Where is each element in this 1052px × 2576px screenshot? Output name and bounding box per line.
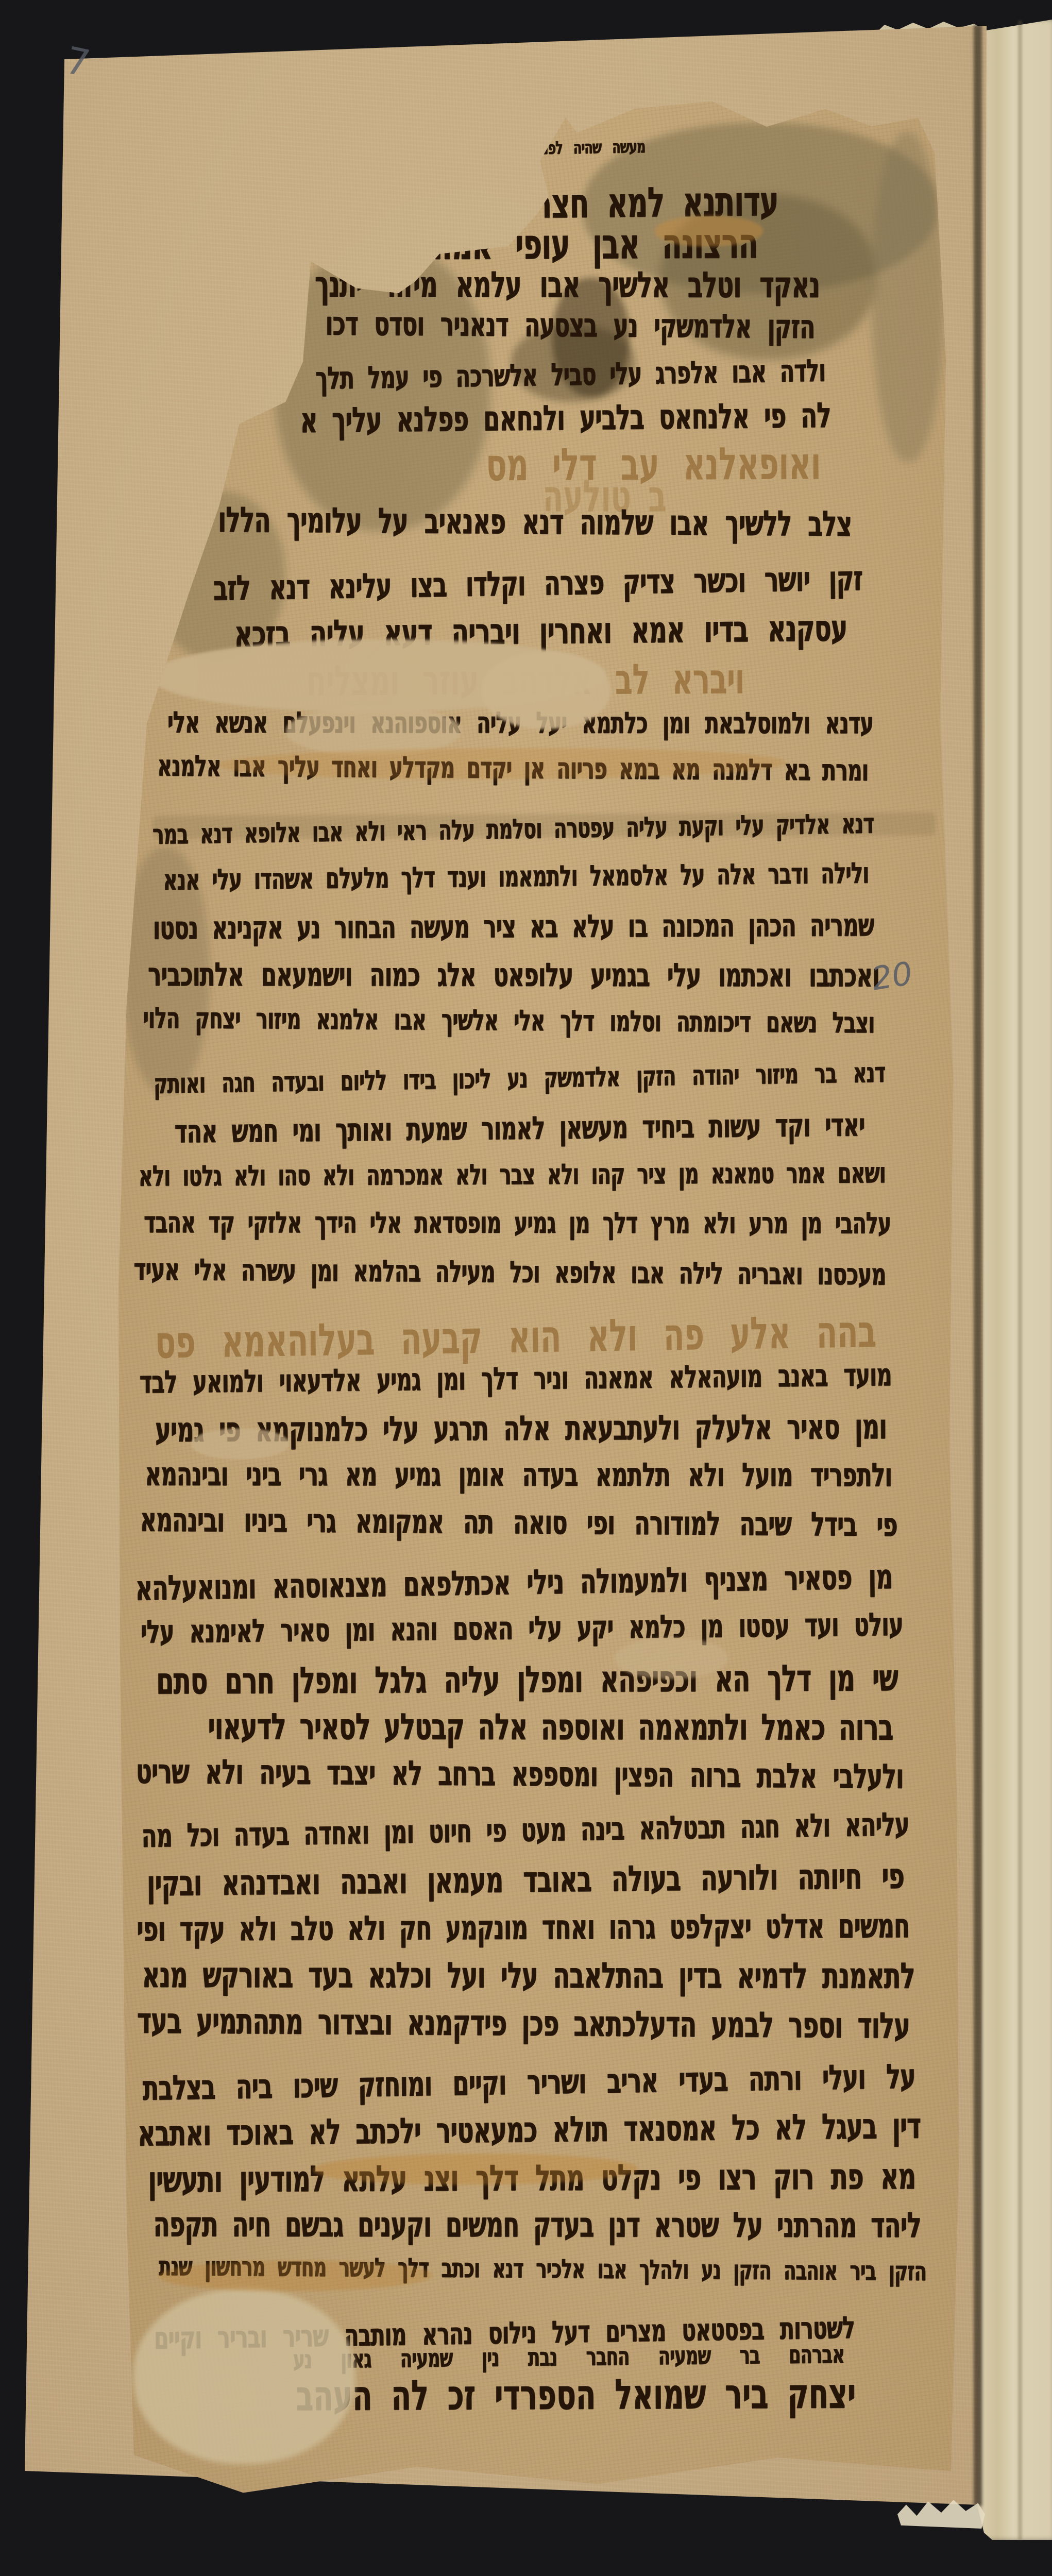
body-line: ולילה ודבר אלה על אלסמאל ולתמאמו וענד דל… — [163, 859, 869, 902]
page-fold-line — [1018, 21, 1022, 2540]
body-line: דנא אלדיק עלי וקעת עליה עפטרה וסלמת עלה … — [152, 809, 874, 855]
body-line: הזקן ביר אוהבה הזקן נע ולהלך אבו אלכיר ד… — [159, 2253, 926, 2292]
photograph: מעשה שהיה לפנינועדותנא למא חצרה בקינורהר… — [0, 0, 1052, 2576]
body-line: מא פת רוק רצו פי נקלט מתל דלך וצנ עלתא ל… — [148, 2158, 915, 2207]
body-line: דין בעגל לא כל אמסנאד תולא כמעאטיר ילכתב… — [138, 2108, 921, 2160]
body-line: ולתפריד מועל ולא תלתמא בעדה אומן גמיע מא… — [145, 1458, 892, 1499]
body-line: עלהבי מן מרע ולא מרץ דלך מן גמיע מופסדאת… — [144, 1208, 891, 1246]
text-block: מעשה שהיה לפנינועדותנא למא חצרה בקינורהר… — [113, 96, 961, 2500]
body-line: לתאמנת לדמיא בדין בהתלאבה עלי ועל וכלגא … — [142, 1957, 915, 2003]
adjacent-page-edge — [977, 20, 1052, 2540]
body-line: עולט ועד עסטו מן כלמא יקע עלי האסם והנא … — [141, 1608, 903, 1656]
signature-line: יצחק ביר שמואל הספרדי זכ לה העהב — [296, 2372, 856, 2427]
body-line: דנא בר מיזור יהודה הזקן אלדמשק נע ליכון … — [154, 1059, 886, 1105]
body-line: זקן יושר וכשר צדיק פצרה וקלדו בצו עלינא … — [213, 560, 863, 613]
body-line: עדנא ולמוסלבאת ומן כלתמא יעל עליה אוספוה… — [167, 707, 873, 745]
page-gutter-shadow — [974, 25, 982, 2506]
body-line: פי בידל שיבה למודורה ופי סואה תה אמקומא … — [140, 1503, 897, 1550]
body-line: הזקן אלדמשקי נע בצסעה דנאניר וסדס דכו — [326, 307, 815, 352]
body-line: מעכסנו ואבריה לילה אבו אלופא וכל מעילה ב… — [134, 1253, 886, 1296]
body-line: עליהא ולא חגה תבטלהא בינה מעט פי חיוט ומ… — [141, 1808, 909, 1861]
body-line: על ועלי ורתה בעדי אריב ושריר וקיים ומוחז… — [143, 2058, 916, 2113]
body-line: ולדה אבו אלפרג עלי סביל אלשרכה פי עמל תל… — [315, 354, 826, 401]
body-line: ויברא לב אלדהב עוזר ומצליח — [307, 657, 744, 712]
body-line: ולעלבי אלבת ברוה הפצין ומספפא ברחב לא יצ… — [136, 1753, 904, 1801]
body-line: שמריה הכהן המכונה בו עלא בא ציר מעשה הבח… — [153, 909, 874, 952]
body-line: יאדי וקד עשות ביחיד מעשאן לאמור שמעת ואו… — [174, 1109, 864, 1156]
body-line: צלב ללשיך אבו שלמוה דנא פאנאיב על עלומיך… — [218, 502, 852, 550]
body-line: ושאם אמר טמאנא מן ציר קהו ולא צבר ולא אמ… — [139, 1159, 886, 1198]
body-line: מועד באנב מועהאלא אמאנה וניר דלך ומן גמי… — [140, 1359, 892, 1405]
body-line: ליהד מהרתני על שטרא דנן בעדק חמשים וקעני… — [154, 2207, 921, 2251]
body-line: ומרת בא דלמנה מא במא פריוה אן יקדם מקדלע… — [157, 751, 868, 793]
pencil-folio-number: 20 — [869, 954, 915, 997]
body-line: עסקנא בדיו אמא ואחרין ויבריה דעא עליה בז… — [234, 609, 847, 660]
body-line: ומן סאיר אלעלק ולעתבעאת אלה תרגע עלי כלמ… — [155, 1409, 887, 1455]
body-line: חמשים אדלט יצקלפט גרהו ואחד מונקמע חק ול… — [137, 1908, 909, 1954]
body-line: ברוה כאמל ולתמאמה ואוספה אלה קבטלע לסאיר… — [208, 1707, 893, 1754]
body-line: עלוד וספר לבמע הדעלכתאב פכן פידקמנא ובצד… — [137, 2003, 910, 2053]
body-line: וצבל נשאם דיכומתה וסלמו דלך אלי אלשיך אב… — [143, 1004, 874, 1045]
manuscript-fragment: מעשה שהיה לפנינועדותנא למא חצרה בקינורהר… — [113, 96, 961, 2500]
body-line: מן פסאיר מצניף ולמעמולה נילי אכתלפאם מצנ… — [135, 1558, 893, 1613]
body-line: ואכתבו ואכתמו עלי בגמיע עלופאט אלג כמוה … — [148, 958, 879, 999]
body-line: שי מן דלך הא וכפיפהא ומפלן עליה גלגל ומפ… — [156, 1658, 898, 1708]
body-line: פי חיותה ולורעה בעולה באובד מעמאן ואבנה … — [147, 1858, 905, 1910]
body-line: לה פי אלנחאס בלביע ולנחאם פפלנא עליך א — [300, 398, 831, 447]
